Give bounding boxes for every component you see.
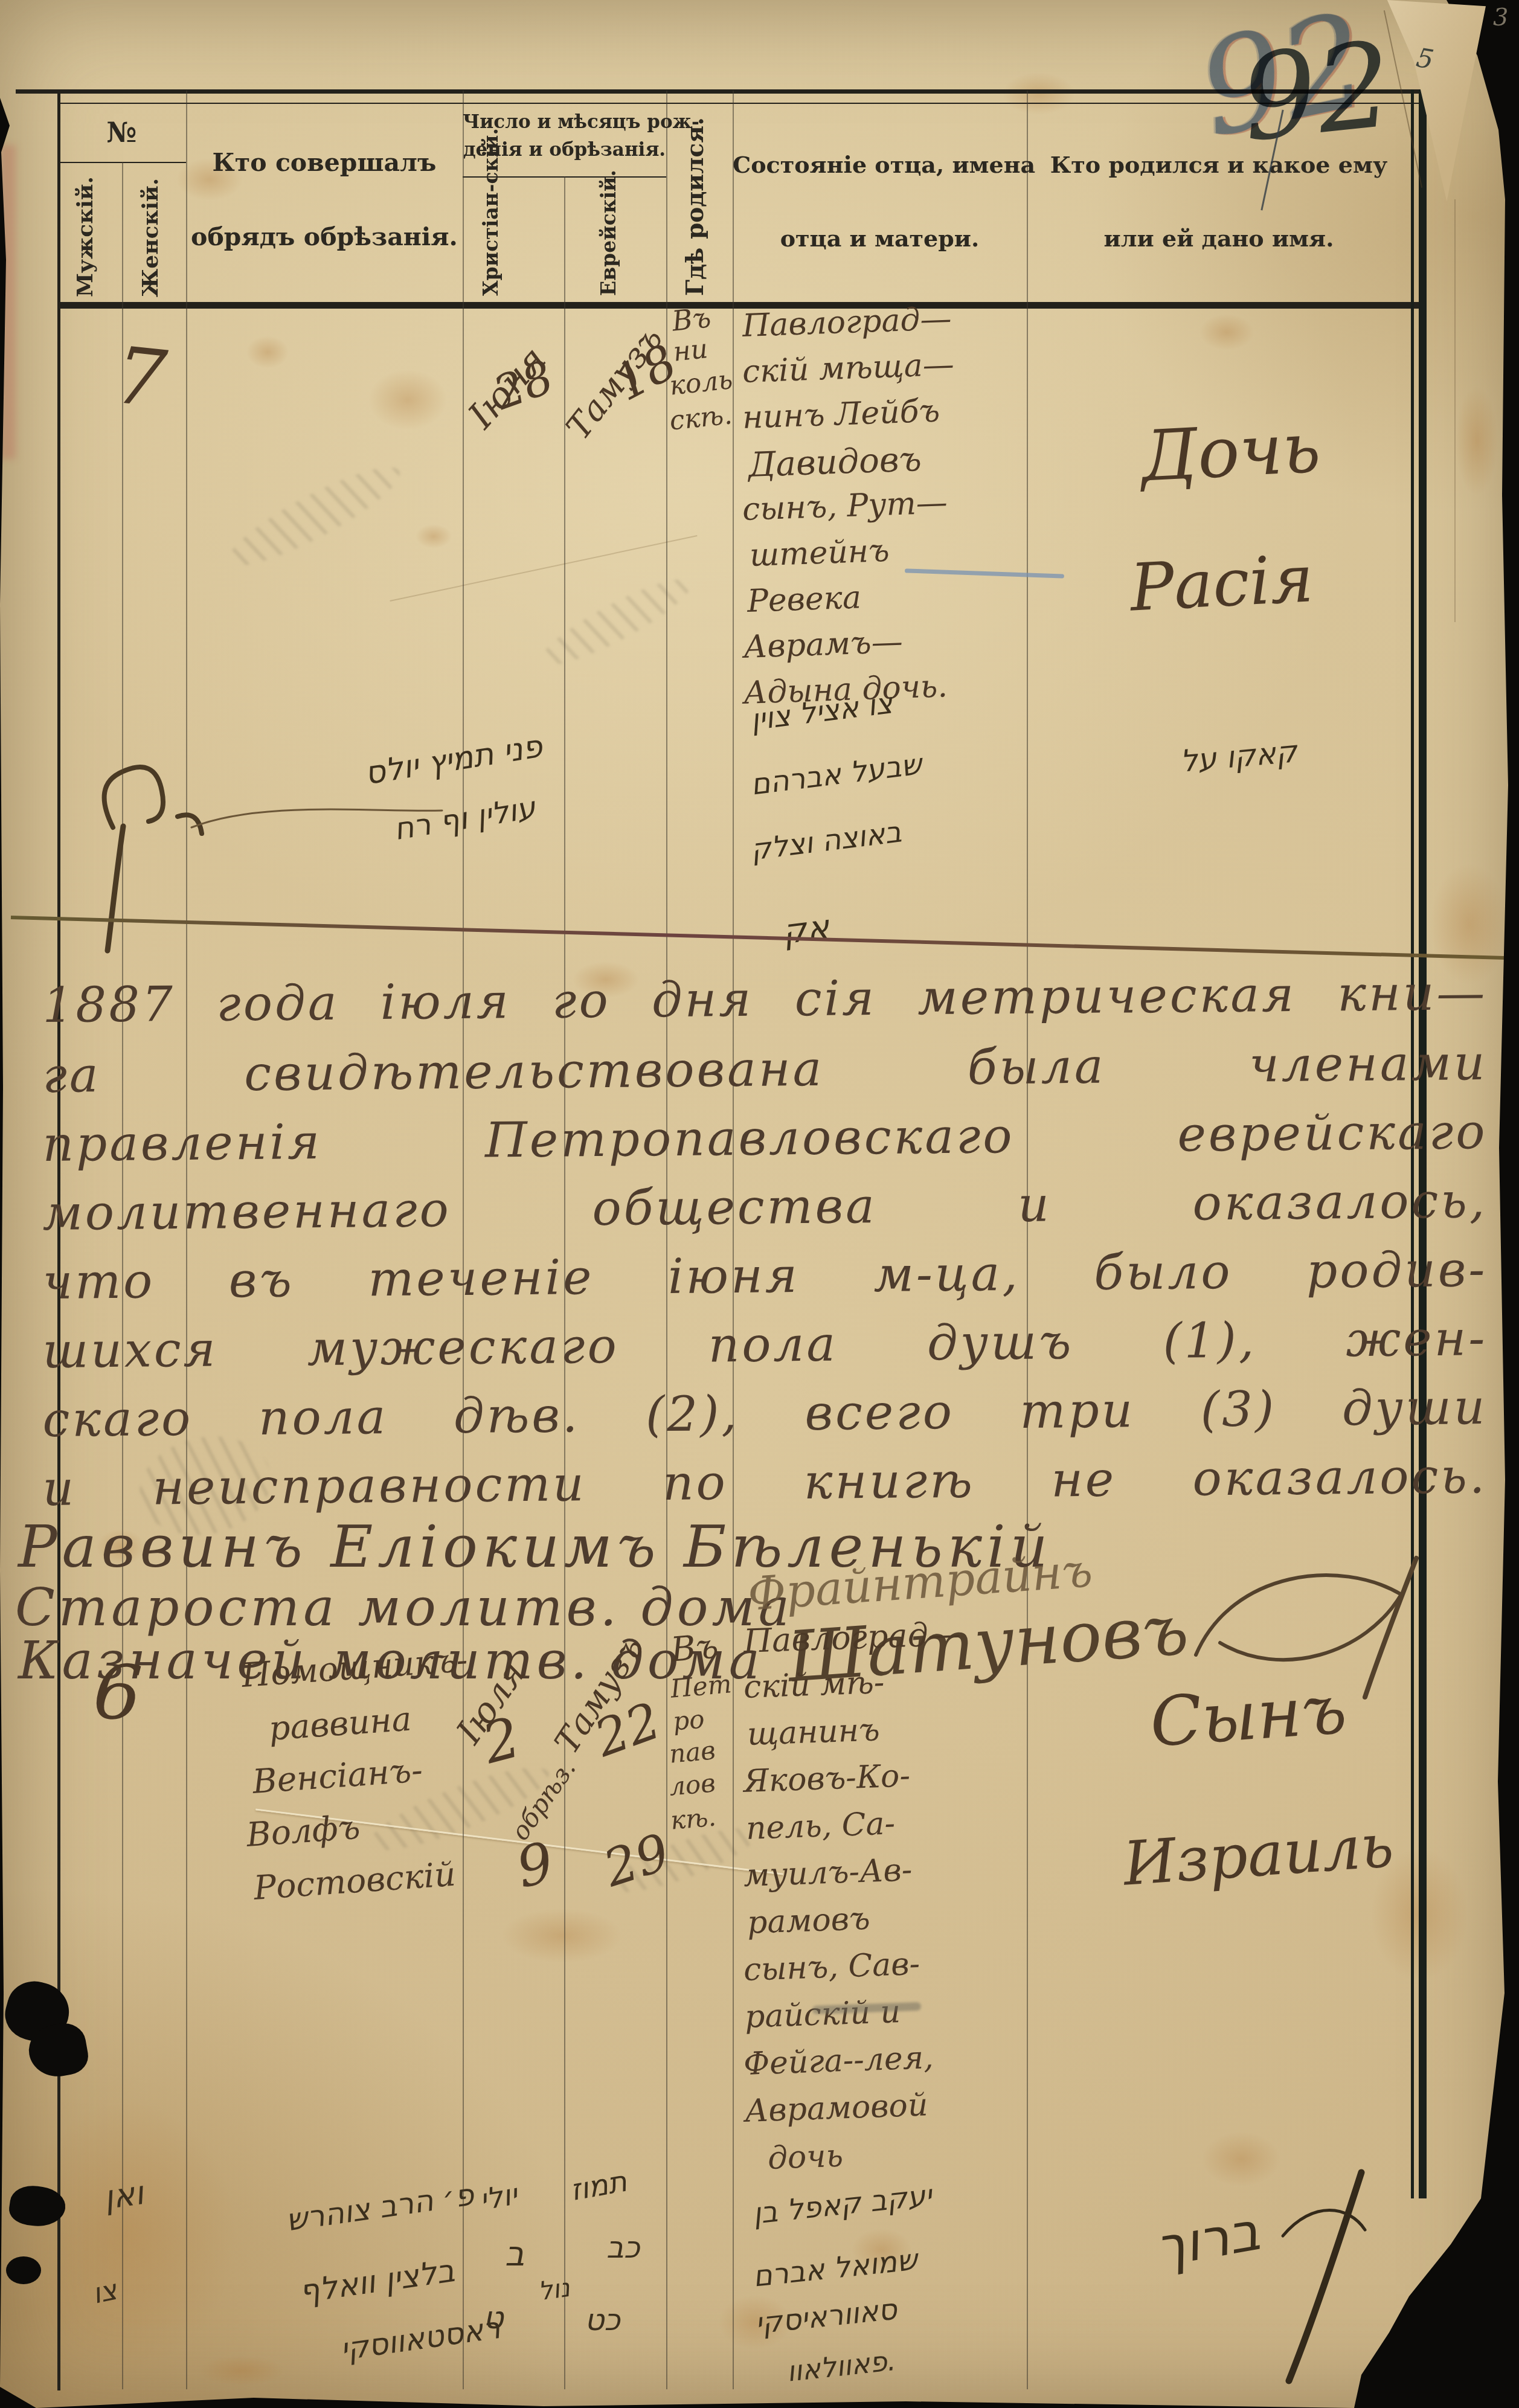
stain	[416, 524, 452, 548]
record2-birthplace-line: пав	[668, 1735, 717, 1768]
certification-line: га свидѣтельствована была членами	[42, 1035, 1488, 1103]
header-performer-line2: обрядъ обрѣзанія.	[186, 222, 463, 251]
header-father-line1: Состояніе отца, имена	[733, 151, 1027, 178]
record2-father-line: дочь	[767, 2138, 844, 2177]
record1-number: 7	[111, 329, 170, 426]
certification-line: что въ теченіе іюня м-ца, было родив-	[42, 1241, 1488, 1310]
record2-hebrew-father-line: יעקב קאפל בן	[751, 2178, 934, 2231]
record1-birthplace-line: Въ	[670, 301, 713, 337]
stain	[1456, 387, 1498, 495]
ink-bleed-ghost	[533, 567, 699, 678]
record1-father-line: сынъ, Рут—	[742, 484, 948, 528]
record2-hebrew-performer-line: פ׳ הרב צוהרש	[284, 2177, 476, 2238]
record2-father-line: рамовъ	[747, 1901, 871, 1941]
certification-line: скаго пола дѣв. (2), всего три (3) души	[42, 1379, 1488, 1448]
stain	[501, 1909, 622, 1963]
record1-child-line1: Дочь	[1139, 407, 1322, 497]
col-rule-father-name	[1027, 91, 1028, 2389]
record2-performer-line: Ростовскій	[252, 1855, 457, 1907]
record2-hebrew-christian-date: ט	[483, 2300, 504, 2336]
record1-hebrew-father-line: אק	[780, 908, 832, 952]
col-rule-female-performer	[186, 91, 187, 2389]
record2-hebrew-left-mark: צו	[89, 2273, 120, 2310]
certification-line: молитвеннаго общества и оказалось,	[42, 1172, 1488, 1241]
record2-hebrew-jewish-date: כב	[606, 2230, 640, 2265]
record2-father-line: Аврамовой	[744, 2087, 928, 2130]
record1-hebrew-father-line: שבעל אברהם	[749, 747, 923, 801]
record2-father-line: муилъ-Ав-	[743, 1852, 913, 1894]
starosta-line: Староста молитв. дома	[15, 1578, 793, 1638]
record1-father-line: штейнъ	[749, 533, 890, 574]
pink-edge-tint	[0, 145, 16, 459]
record2-performer-line: Венсіанъ-	[251, 1750, 424, 1801]
record2-child-line2: Израиль	[1121, 1810, 1396, 1899]
record2-birthplace-line: Пет	[669, 1669, 733, 1704]
certification-line: шихся мужескаго пола душъ (1), жен-	[42, 1310, 1488, 1379]
record2-hebrew-jewish-date: נול	[536, 2273, 571, 2307]
record2-christian-circumcision-day: 9	[511, 1830, 559, 1901]
signature-slash-flourish	[1247, 2163, 1379, 2393]
record2-hebrew-christian-date: ב	[505, 2235, 524, 2274]
record2-number: 6	[91, 1648, 144, 1738]
edge-mark: 3	[1493, 4, 1508, 31]
header-no: №	[57, 116, 186, 149]
record1-birthplace-line: ни	[672, 333, 709, 368]
ink-blot	[6, 2256, 41, 2284]
record2-performer-line: Волфъ	[245, 1808, 361, 1854]
col-rule-where-father	[733, 91, 734, 2389]
record2-hebrew-christian-date: יולי	[477, 2177, 520, 2217]
record1-hebrew-father-line: באוצה וצלק	[749, 815, 904, 867]
record1-birthplace-line: скѣ.	[668, 399, 733, 437]
record2-hebrew-father-line: שמואל אברם	[751, 2243, 919, 2293]
stain	[1003, 72, 1075, 115]
stain	[199, 2355, 284, 2386]
record1-father-line: Аврамъ—	[743, 624, 904, 666]
header-female: Женскій.	[138, 176, 163, 297]
record2-hebrew-father-line: סאווראיסקי	[754, 2292, 899, 2340]
record2-father-line: скій мѣ-	[743, 1665, 885, 1706]
header-where-born: Гдѣ родился.	[681, 118, 709, 296]
header-jewish: Еврейскій.	[597, 182, 620, 296]
ink-bleed-ghost	[219, 452, 409, 580]
blue-pencil-underline	[905, 568, 1064, 578]
record1-father-line: Ревека	[747, 579, 862, 620]
record2-father-line: Яковъ-Ко-	[743, 1758, 911, 1800]
paper-crease	[1454, 199, 1456, 622]
record2-birthplace-line: ро	[672, 1704, 705, 1736]
page-number-ink: 92	[1235, 16, 1399, 168]
stain	[18, 2102, 236, 2368]
record2-hebrew-performer-line: ראסטאווסקי	[338, 2310, 503, 2367]
record2-hebrew-jewish-date: תמוז	[568, 2165, 629, 2207]
record2-hebrew-left-mark: ואן	[101, 2174, 146, 2217]
record2-father-line: райскій и	[744, 1994, 901, 2035]
record2-birthplace-line: лов	[668, 1768, 716, 1801]
record2-hebrew-performer-line: בלצין וואלף	[297, 2253, 457, 2310]
certification-line: и неисправности по книгѣ не оказалось.	[42, 1448, 1488, 1517]
record1-hebrew-child-note: קאקו על	[1179, 734, 1299, 779]
col-rule-jewish-where	[666, 91, 667, 2389]
stain	[246, 336, 289, 368]
record2-father-line: пель, Са-	[745, 1805, 896, 1847]
header-father-line2: отца и матери.	[733, 225, 1027, 252]
certification-line: 1887 года іюля го дня сія метрическая кн…	[42, 965, 1488, 1033]
header-performer-line1: Кто совершалъ	[186, 148, 463, 177]
record2-birthplace-line: Въ	[669, 1626, 720, 1670]
record2-father-line: Фейга--лея,	[743, 2040, 934, 2082]
record1-father-line: Павлоград—	[742, 301, 952, 344]
record1-child-line2: Расія	[1128, 541, 1315, 626]
col-rule-performer-christian	[463, 91, 464, 2389]
header-name-line2: или ей дано имя.	[1027, 225, 1411, 252]
scanned-register-page: № Мужскій. Женскій. Кто совершалъ обрядъ…	[0, 0, 1519, 2408]
record1-father-line: Давидовъ	[748, 440, 922, 485]
header-christian: Христіан-скій.	[478, 182, 530, 296]
header-bottom-rule	[57, 302, 1421, 309]
stain	[1199, 314, 1254, 350]
record2-child-line1: Сынъ	[1148, 1670, 1349, 1762]
record1-father-line: нинъ Лейбъ	[742, 393, 940, 436]
paper-sheet: № Мужскій. Женскій. Кто совершалъ обрядъ…	[0, 0, 1519, 2408]
record2-hebrew-jewish-date: כט	[585, 2302, 620, 2337]
record2-father-line: Павлоград—	[743, 1614, 962, 1660]
header-male: Мужскій.	[72, 176, 98, 297]
record2-performer-line: раввина	[268, 1700, 413, 1748]
record2-christian-birth-day: 2	[476, 1705, 527, 1777]
stain	[368, 370, 447, 430]
record1-birthplace-line: коль	[668, 364, 734, 402]
certification-line: правленія Петропавловскаго еврейскаго	[42, 1103, 1488, 1172]
record1-father-line: скій мѣща—	[742, 347, 955, 390]
record2-hebrew-father-line: פאוולאוו.	[785, 2344, 898, 2388]
record2-birthplace-line: кѣ.	[669, 1802, 717, 1835]
record2-father-line: сынъ, Сав-	[743, 1946, 920, 1988]
record2-father-line: щанинъ	[747, 1712, 881, 1753]
